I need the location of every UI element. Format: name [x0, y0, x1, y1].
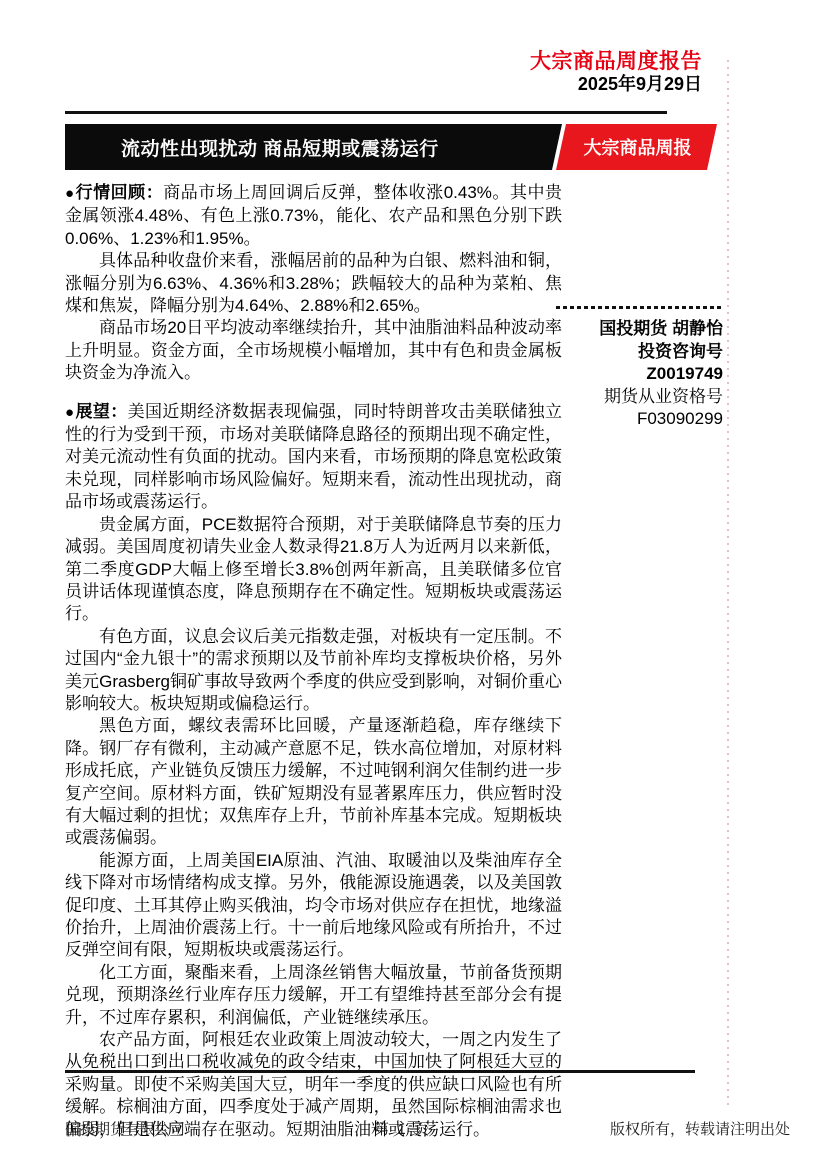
paragraph: 商品市场20日平均波动率继续抬升，其中油脂油料品种波动率上升明显。资金方面，全市… [65, 317, 562, 384]
sidebar-dashed-rule [556, 306, 723, 309]
author-name: 国投期货 胡静怡 [556, 318, 723, 341]
paragraph: 贵金属方面，PCE数据符合预期，对于美联储降息节奏的压力减弱。美国周度初请失业金… [65, 514, 562, 626]
header-rule [65, 111, 667, 114]
paragraph: ●行情回顾：商品市场上周回调后反弹，整体收涨0.43%。其中贵金属领涨4.48%… [65, 182, 562, 250]
header-block: 大宗商品周度报告 2025年9月29日 [530, 50, 702, 95]
banner-title: 流动性出现扰动 商品短期或震荡运行 [121, 134, 439, 161]
report-date: 2025年9月29日 [530, 75, 702, 95]
banner-tag-label: 大宗商品周报 [582, 134, 692, 160]
author-sidebar: 国投期货 胡静怡 投资咨询号 Z0019749 期货从业资格号 F0309029… [556, 306, 723, 431]
section-outlook: ●展望：美国近期经济数据表现偏强，同时特朗普攻击美联储独立性的行为受到干预，市场… [65, 401, 562, 1141]
bullet-icon: ● [65, 404, 74, 421]
section-heading: 展望： [75, 402, 127, 421]
report-page: 大宗商品周度报告 2025年9月29日 流动性出现扰动 商品短期或震荡运行 大宗… [0, 0, 826, 1169]
footer-company: 国投期货有限公司 [65, 1118, 185, 1139]
paragraph: 具体品种收盘价来看，涨幅居前的品种为白银、燃料油和铜，涨幅分别为6.63%、4.… [65, 250, 562, 317]
paragraph: ●展望：美国近期经济数据表现偏强，同时特朗普攻击美联储独立性的行为受到干预，市场… [65, 401, 562, 514]
banner: 流动性出现扰动 商品短期或震荡运行 [65, 124, 562, 170]
section-lead-text: 美国近期经济数据表现偏强，同时特朗普攻击美联储独立性的行为受到干预，市场对美联储… [65, 402, 562, 512]
footer-page-number: 第 1 页 [374, 1118, 429, 1139]
bullet-icon: ● [65, 185, 75, 202]
qualification-label: 期货从业资格号 [556, 386, 723, 409]
qualification-number: F03090299 [556, 408, 723, 431]
main-column: ●行情回顾：商品市场上周回调后反弹，整体收涨0.43%。其中贵金属领涨4.48%… [65, 182, 562, 1141]
paragraph: 能源方面，上周美国EIA原油、汽油、取暖油以及柴油库存全线下降对市场情绪构成支撑… [65, 850, 562, 962]
paragraph: 有色方面，议息会议后美元指数走强，对板块有一定压制。不过国内“金九银十”的需求预… [65, 626, 562, 716]
paragraph: 黑色方面，螺纹表需环比回暖，产量逐渐趋稳，库存继续下降。钢厂存有微利，主动减产意… [65, 715, 562, 849]
footer-rule [65, 1070, 695, 1073]
report-type-title: 大宗商品周度报告 [530, 50, 702, 73]
footer-copyright: 版权所有，转载请注明出处 [610, 1118, 790, 1139]
paragraph: 化工方面，聚酯来看，上周涤丝销售大幅放量，节前备货预期兑现，预期涤丝行业库存压力… [65, 962, 562, 1029]
advisory-label: 投资咨询号 [556, 341, 723, 364]
banner-tag-ribbon: 大宗商品周报 [556, 124, 717, 170]
section-heading: 行情回顾： [76, 183, 164, 202]
advisory-number: Z0019749 [556, 363, 723, 386]
vertical-dotted-rule [727, 60, 729, 1110]
section-market-review: ●行情回顾：商品市场上周回调后反弹，整体收涨0.43%。其中贵金属领涨4.48%… [65, 182, 562, 385]
